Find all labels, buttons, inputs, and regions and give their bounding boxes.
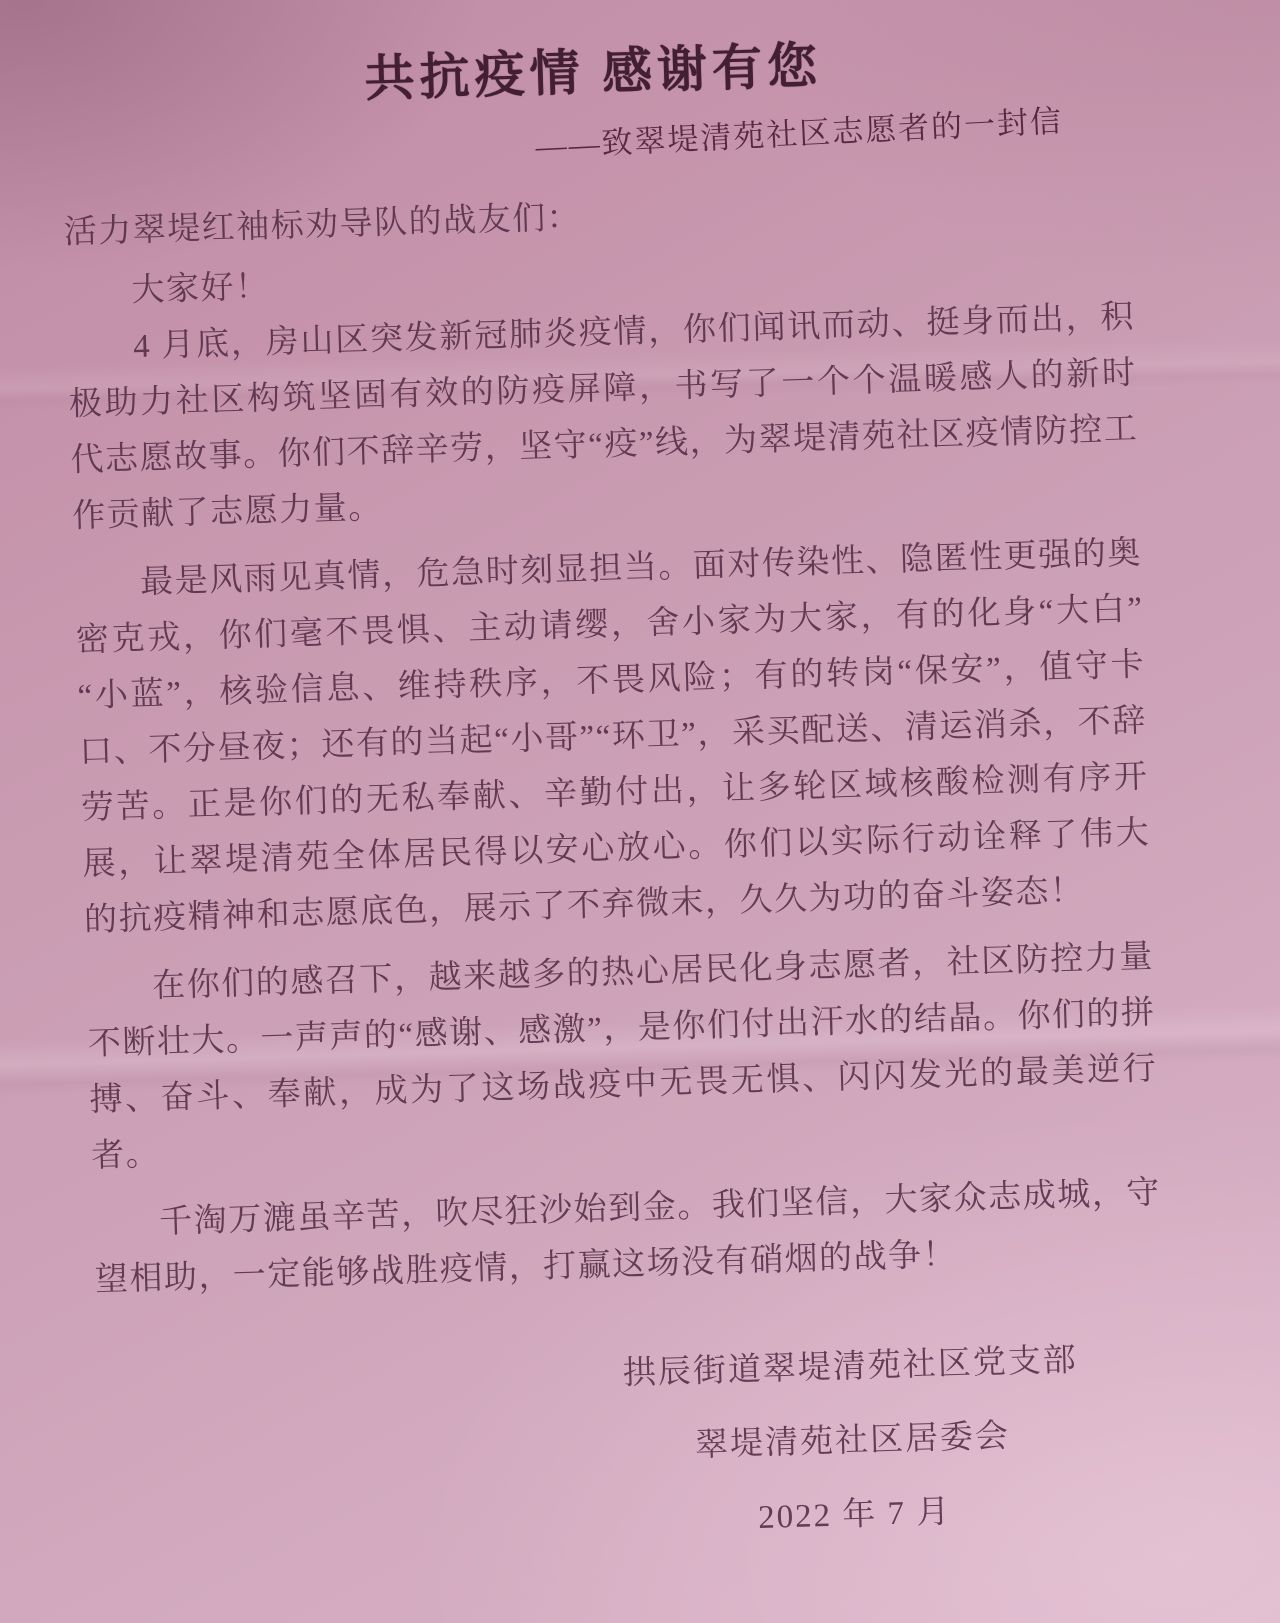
letter-paragraph: 4 月底，房山区突发新冠肺炎疫情，你们闻讯而动、挺身而出，积极助力社区构筑坚固有…	[66, 289, 1140, 545]
letter-paragraph: 最是风雨见真情，危急时刻显担当。面对传染性、隐匿性更强的奥密克戎，你们毫不畏惧、…	[73, 525, 1152, 949]
letter-paragraph: 在你们的感召下，越来越多的热心居民化身志愿者，社区防控力量不断壮大。一声声的“感…	[85, 929, 1159, 1185]
letter-paragraph: 千淘万漉虽辛苦，吹尽狂沙始到金。我们坚信，大家众志成城，守望相助，一定能够战胜疫…	[92, 1165, 1163, 1309]
photographed-letter-page: { "letter": { "title": "共抗疫情 感谢有您", "sub…	[0, 0, 1280, 1623]
signature-block: 拱辰街道翠堤清苑社区党支部 翠堤清苑社区居委会 2022 年 7 月	[622, 1323, 1083, 1558]
letter-body: 共抗疫情 感谢有您 ——致翠堤清苑社区志愿者的一封信 活力翠堤红袖标劝导队的战友…	[58, 2, 1171, 1574]
signature-date: 2022 年 7 月	[757, 1475, 952, 1555]
signature-org-line-1: 拱辰街道翠堤清苑社区党支部	[622, 1323, 1079, 1410]
signature-org-line-2: 翠堤清苑社区居委会	[694, 1400, 1011, 1483]
letter-subtitle: ——致翠堤清苑社区志愿者的一封信	[534, 95, 1064, 166]
